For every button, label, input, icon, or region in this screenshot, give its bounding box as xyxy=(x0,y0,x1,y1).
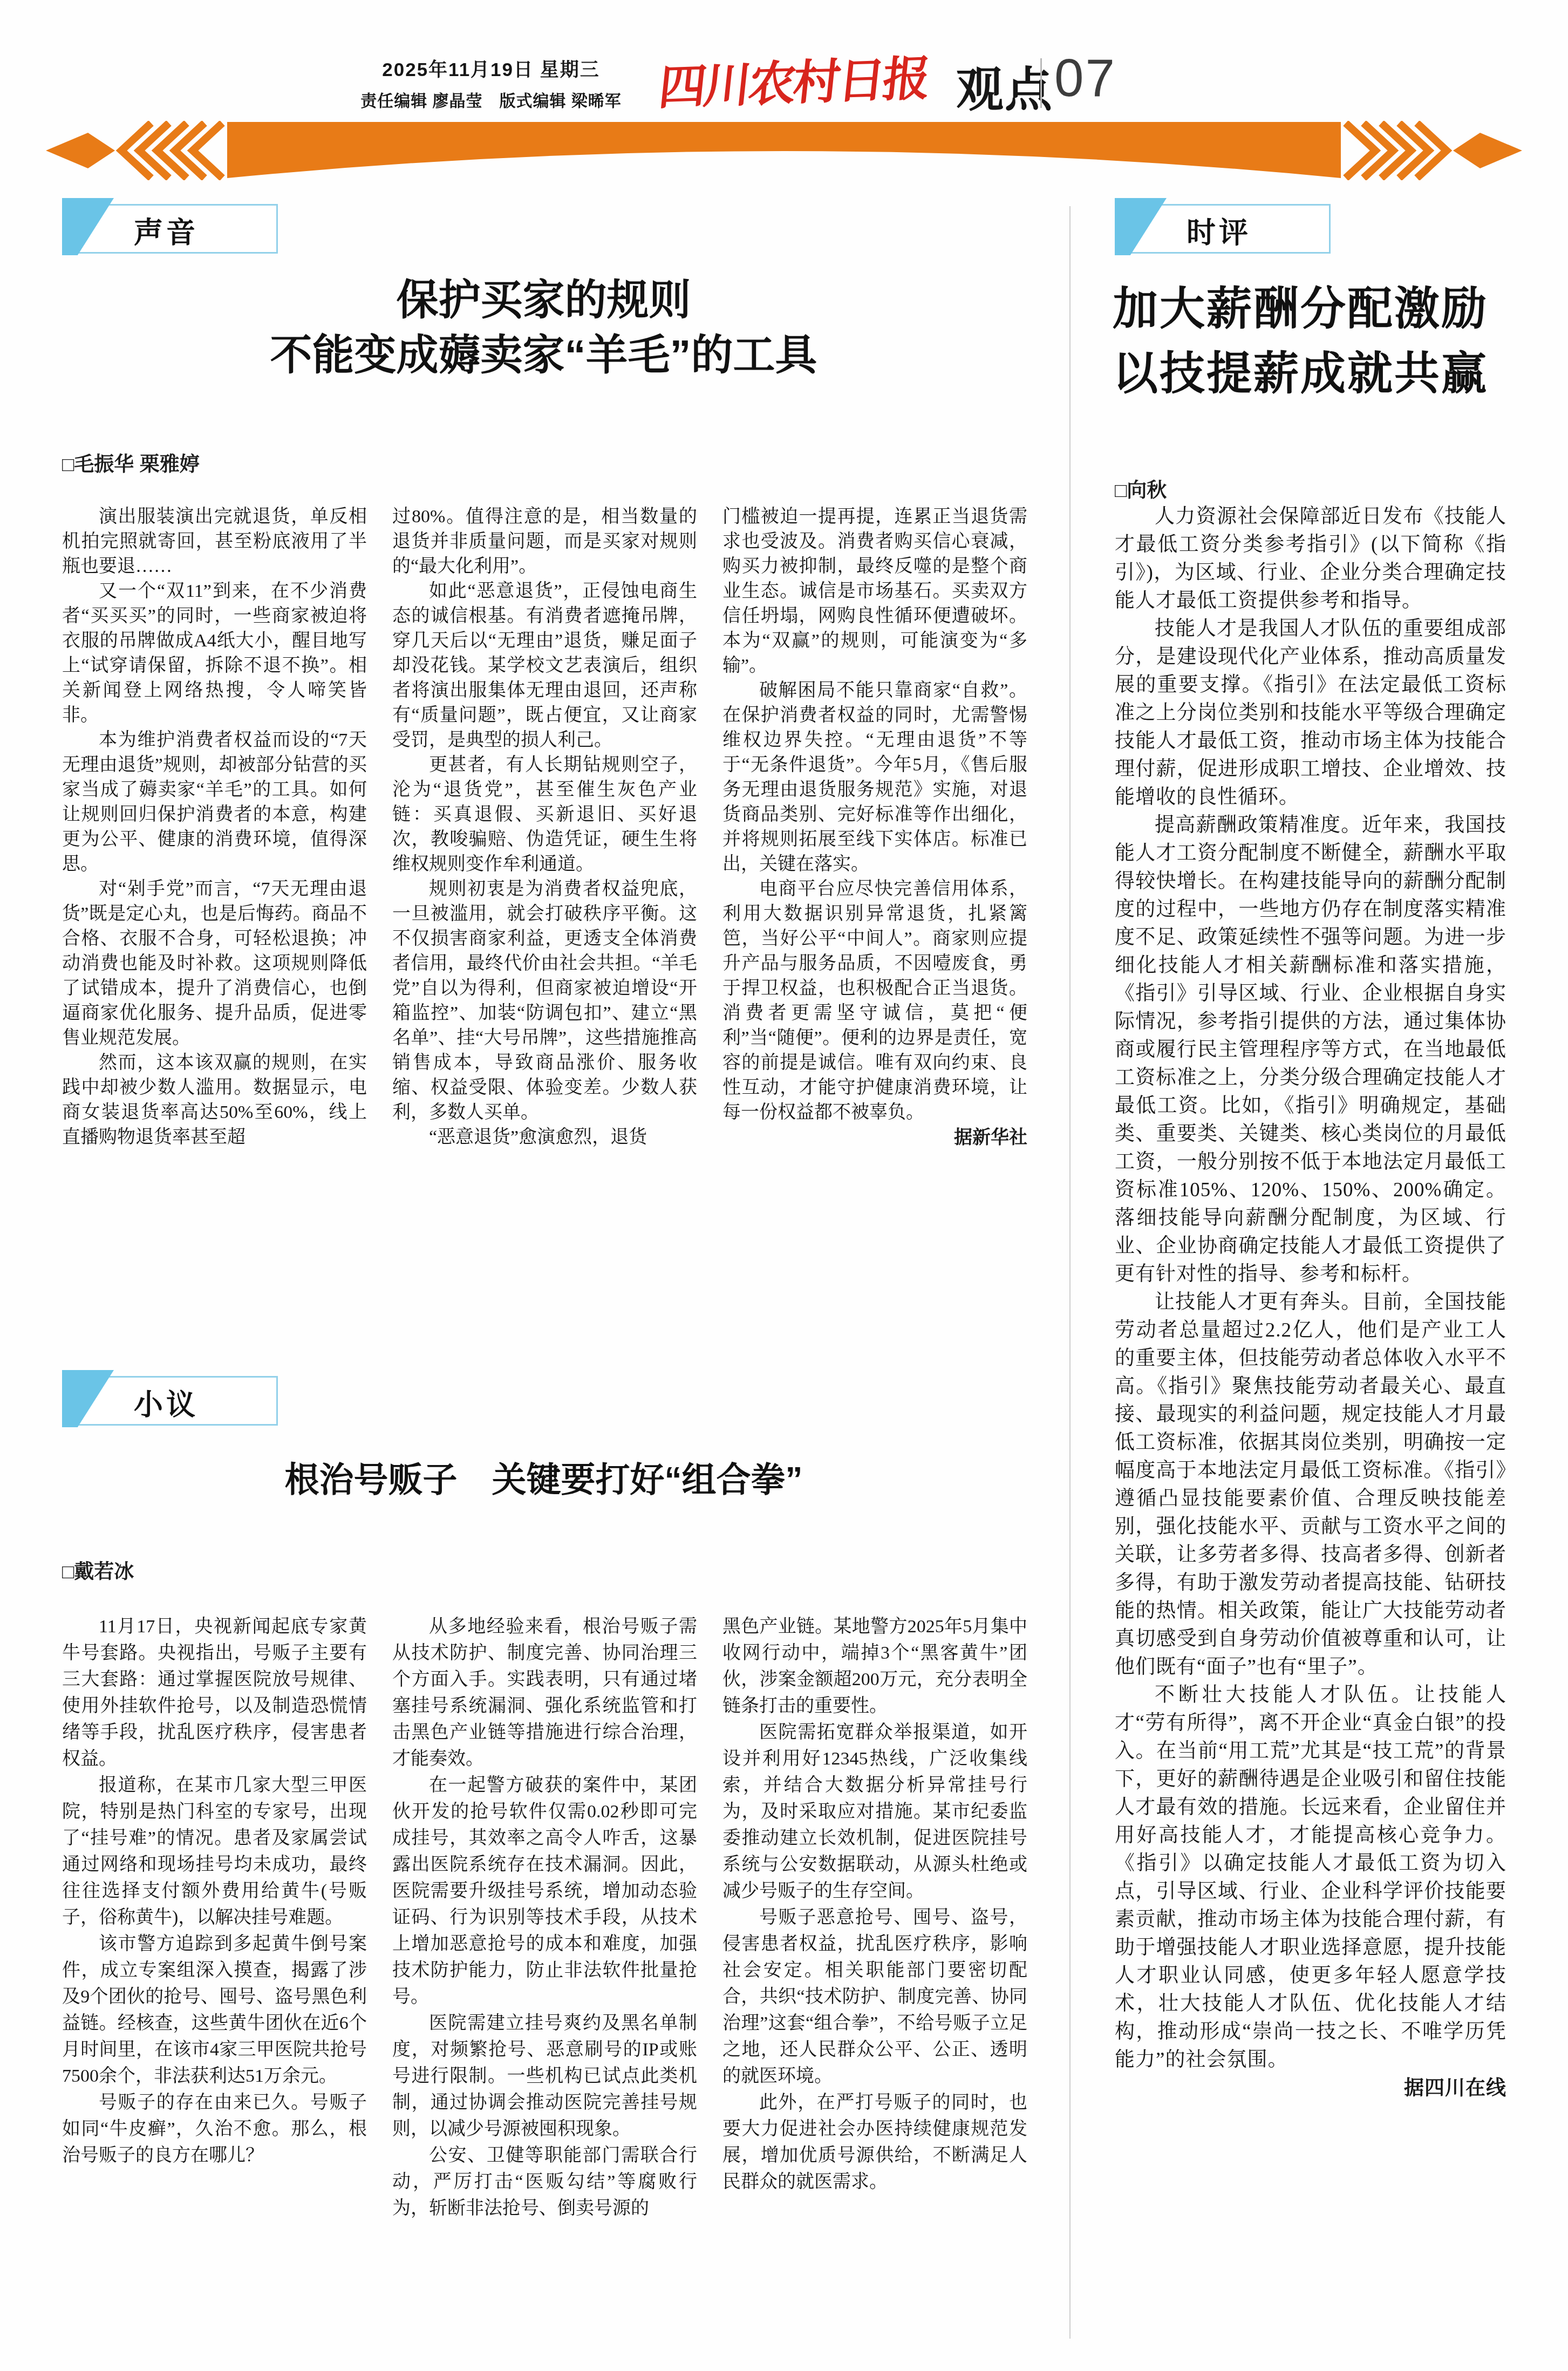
header-divider xyxy=(1040,58,1042,108)
section-tag-commentary: 时评 xyxy=(1115,204,1331,254)
paragraph: 医院需拓宽群众举报渠道，如开设并利用好12345热线，广泛收集线索，并结合大数据… xyxy=(722,1719,1027,1904)
discussion-byline: □戴若冰 xyxy=(62,1555,134,1584)
title-line-2: 不能变成薅卖家“羊毛”的工具 xyxy=(62,328,1025,383)
paragraph: 从多地经验来看，根治号贩子需从技术防护、制度完善、协同治理三个方面入手。实践表明… xyxy=(392,1613,697,1772)
voice-column-2: 过80%。值得注意的是，相当数量的退货并非质量问题，而是买家对规则的“最大化利用… xyxy=(392,505,697,1317)
attribution: 据四川在线 xyxy=(1115,2074,1506,2102)
discussion-column-1: 11月17日，央视新闻起底专家黄牛号套路。央视指出，号贩子主要有三大套路：通过掌… xyxy=(62,1613,367,2353)
page-number: 07 xyxy=(1054,47,1116,108)
paragraph: 对“剁手党”而言，“7天无理由退货”既是定心丸，也是后悔药。商品不合格、衣服不合… xyxy=(62,877,367,1051)
paragraph: 演出服装演出完就退货，单反相机拍完照就寄回，甚至粉底液用了半瓶也要退…… xyxy=(62,505,367,579)
paragraph: 破解困局不能只靠商家“自救”。在保护消费者权益的同时，尤需警惕维权边界失控。“无… xyxy=(722,678,1027,877)
paragraph: 技能人才是我国人才队伍的重要组成部分，是建设现代化产业体系，推动高质量发展的重要… xyxy=(1115,615,1506,812)
paragraph: 规则初衷是为消费者权益兜底，一旦被滥用，就会打破秩序平衡。这不仅损害商家利益，更… xyxy=(392,877,697,1125)
editors-line: 责任编辑 廖晶莹 版式编辑 梁晞军 xyxy=(335,87,647,111)
paragraph: 门槛被迫一提再提，连累正当退货需求也受波及。消费者购买信心衰减，购买力被抑制，最… xyxy=(722,505,1027,678)
paragraph: 又一个“双11”到来，在不少消费者“买买买”的同时，一些商家被迫将衣服的吊牌做成… xyxy=(62,579,367,728)
commentary-column: 人力资源社会保障部近日发布《技能人才最低工资分类参考指引》(以下简称《指引》)，… xyxy=(1115,503,1506,2327)
paragraph: 人力资源社会保障部近日发布《技能人才最低工资分类参考指引》(以下简称《指引》)，… xyxy=(1115,503,1506,615)
commentary-byline: □向秋 xyxy=(1115,474,1167,503)
paragraph: 如此“恶意退货”，正侵蚀电商生态的诚信根基。有消费者遮掩吊牌，穿几天后以“无理由… xyxy=(392,579,697,753)
tag-label: 时评 xyxy=(1187,210,1251,251)
attribution: 据新华社 xyxy=(722,1125,1027,1150)
title-line-1: 保护买家的规则 xyxy=(62,272,1025,328)
paragraph: 医院需建立挂号爽约及黑名单制度，对频繁抢号、恶意刷号的IP或账号进行限制。一些机… xyxy=(392,2010,697,2142)
discussion-article-title: 根治号贩子 关键要打好“组合拳” xyxy=(62,1458,1025,1501)
voice-column-3: 门槛被迫一提再提，连累正当退货需求也受波及。消费者购买信心衰减，购买力被抑制，最… xyxy=(722,505,1027,1317)
masthead-logo: 四川农村日报 xyxy=(656,40,938,118)
commentary-article-title: 加大薪酬分配激励 以技提薪成就共赢 xyxy=(1113,276,1506,406)
paragraph: 11月17日，央视新闻起底专家黄牛号套路。央视指出，号贩子主要有三大套路：通过掌… xyxy=(62,1613,367,1772)
voice-article-title: 保护买家的规则 不能变成薅卖家“羊毛”的工具 xyxy=(62,272,1025,383)
section-name: 观点 xyxy=(956,52,1053,120)
title-line-1: 加大薪酬分配激励 xyxy=(1113,276,1506,341)
paragraph: 公安、卫健等职能部门需联合行动，严厉打击“医贩勾结”等腐败行为，斩断非法抢号、倒… xyxy=(392,2142,697,2222)
paragraph: 黑色产业链。某地警方2025年5月集中收网行动中，端掉3个“黑客黄牛”团伙，涉案… xyxy=(722,1613,1027,1719)
column-divider xyxy=(1069,206,1071,2339)
voice-column-1: 演出服装演出完就退货，单反相机拍完照就寄回，甚至粉底液用了半瓶也要退……又一个“… xyxy=(62,505,367,1317)
paragraph: 报道称，在某市几家大型三甲医院，特别是热门科室的专家号，出现了“挂号难”的情况。… xyxy=(62,1772,367,1931)
title-line-2: 以技提薪成就共赢 xyxy=(1113,341,1506,406)
newspaper-page: 2025年11月19日 星期三 责任编辑 廖晶莹 版式编辑 梁晞军 四川农村日报… xyxy=(0,0,1568,2371)
paragraph: 号贩子的存在由来已久。号贩子如同“牛皮癣”，久治不愈。那么，根治号贩子的良方在哪… xyxy=(62,2089,367,2169)
discussion-column-2: 从多地经验来看，根治号贩子需从技术防护、制度完善、协同治理三个方面入手。实践表明… xyxy=(392,1613,697,2353)
paragraph: 电商平台应尽快完善信用体系，利用大数据识别异常退货，扎紧篱笆，当好公平“中间人”… xyxy=(722,877,1027,1125)
paragraph: 该市警方追踪到多起黄牛倒号案件，成立专案组深入摸查，揭露了涉及9个团伙的抢号、囤… xyxy=(62,1931,367,2089)
voice-byline: □毛振华 栗雅婷 xyxy=(62,448,200,477)
wheat-banner-graphic xyxy=(46,121,1522,180)
paragraph: 然而，这本该双赢的规则，在实践中却被少数人滥用。数据显示，电商女装退货率高达50… xyxy=(62,1051,367,1150)
discussion-column-3: 黑色产业链。某地警方2025年5月集中收网行动中，端掉3个“黑客黄牛”团伙，涉案… xyxy=(722,1613,1027,2353)
paragraph: 在一起警方破获的案件中，某团伙开发的抢号软件仅需0.02秒即可完成挂号，其效率之… xyxy=(392,1772,697,2010)
publication-date: 2025年11月19日 星期三 xyxy=(335,55,647,82)
section-tag-discussion: 小议 xyxy=(62,1376,278,1426)
title-line-1: 根治号贩子 关键要打好“组合拳” xyxy=(62,1458,1025,1501)
paragraph: 提高薪酬政策精准度。近年来，我国技能人才工资分配制度不断健全，薪酬水平取得较快增… xyxy=(1115,812,1506,1289)
header-meta: 2025年11月19日 星期三 责任编辑 廖晶莹 版式编辑 梁晞军 xyxy=(335,55,647,111)
paragraph: 更甚者，有人长期钻规则空子，沦为“退货党”，甚至催生灰色产业链：买真退假、买新退… xyxy=(392,753,697,877)
paragraph: “恶意退货”愈演愈烈，退货 xyxy=(392,1125,697,1150)
paragraph: 让技能人才更有奔头。目前，全国技能劳动者总量超过2.2亿人，他们是产业工人的重要… xyxy=(1115,1289,1506,1681)
tag-label: 小议 xyxy=(134,1382,199,1423)
paragraph: 本为维护消费者权益而设的“7天无理由退货”规则，却被部分钻营的买家当成了薅卖家“… xyxy=(62,728,367,877)
paragraph: 号贩子恶意抢号、囤号、盗号，侵害患者权益，扰乱医疗秩序，影响社会安定。相关职能部… xyxy=(722,1904,1027,2089)
paragraph: 此外，在严打号贩子的同时，也要大力促进社会办医持续健康规范发展，增加优质号源供给… xyxy=(722,2089,1027,2195)
paragraph: 过80%。值得注意的是，相当数量的退货并非质量问题，而是买家对规则的“最大化利用… xyxy=(392,505,697,579)
paragraph: 不断壮大技能人才队伍。让技能人才“劳有所得”，离不开企业“真金白银”的投入。在当… xyxy=(1115,1681,1506,2074)
tag-label: 声音 xyxy=(134,210,199,251)
section-tag-voice: 声音 xyxy=(62,204,278,254)
